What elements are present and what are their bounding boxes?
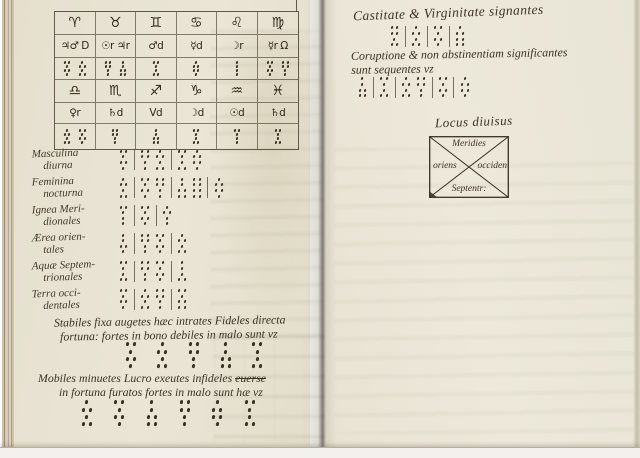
astrological-symbol: ♃♂ D	[61, 40, 89, 52]
table-cell-figures	[55, 58, 96, 80]
astrological-symbol: ♍	[271, 15, 284, 31]
astrological-symbol: ♐	[149, 83, 162, 99]
book-page-edges	[0, 0, 14, 448]
figure-divider-stroke	[171, 289, 172, 310]
locus-divisus-heading: Locus diuisus	[435, 113, 513, 132]
geomantic-figure	[178, 150, 186, 170]
direction-label-occidens: occiden	[477, 161, 507, 171]
geomantic-figure	[163, 206, 171, 226]
table-cell-figures	[258, 58, 299, 80]
geomantic-figure	[120, 233, 128, 253]
category-label-line: trionales	[32, 270, 112, 284]
astrological-symbol: ♈	[68, 15, 81, 31]
category-figures	[116, 149, 204, 170]
astrological-symbol: ♒	[230, 83, 243, 99]
geomantic-figure	[439, 77, 447, 97]
astrological-symbol: ♌	[230, 15, 243, 31]
geomantic-figure	[105, 61, 111, 76]
category-row: Terra occi-dentales	[32, 285, 324, 313]
table-cell-figures	[136, 58, 177, 80]
geomantic-figure	[64, 61, 70, 76]
geomantic-figure	[156, 150, 164, 170]
geomantic-figure	[193, 129, 199, 144]
paragraph-line: in fortuna furatos fortes in malo sunt h…	[38, 385, 266, 399]
table-cell-symbol: ♓	[258, 80, 299, 103]
geomantic-figure	[456, 26, 464, 46]
geomantic-figure	[215, 178, 223, 198]
figure-category-list: MasculinadiurnaFemininanocturnaIgnea Mer…	[32, 146, 324, 313]
figure-divider-stroke	[432, 77, 433, 98]
category-label-line: dentales	[32, 298, 112, 312]
category-label: Masculinadiurna	[32, 147, 113, 173]
table-cell-figures	[177, 58, 218, 80]
table-cell-symbol: ☽r	[217, 35, 258, 58]
astrological-symbol: ♎	[68, 83, 81, 99]
table-cell-symbol: ☉r ♃r	[96, 35, 137, 58]
table-cell-symbol: ♊	[136, 12, 177, 35]
astrological-symbol: ♄d	[108, 107, 123, 119]
mobiles-figures-row	[78, 400, 258, 427]
figure-divider-stroke	[449, 26, 450, 47]
struck-word: euerse	[235, 371, 266, 385]
geomantic-figure	[193, 178, 201, 198]
category-label: Femininanocturna	[32, 175, 113, 201]
heading-line: sunt sequentes vz	[351, 60, 568, 77]
geomantic-figure	[153, 129, 159, 144]
direction-label-meridies: Meridies	[429, 139, 509, 149]
geomantic-figure	[391, 26, 399, 46]
geomantic-figure	[434, 26, 442, 46]
geomantic-figure	[120, 150, 128, 170]
geomantic-figure	[193, 61, 199, 76]
astrological-symbol: Vd	[149, 107, 162, 119]
astrological-symbol: ♏	[109, 83, 122, 99]
castitate-heading: Castitate & Virginitate signantes	[353, 2, 544, 25]
direction-label-septentrio: Septentr:	[429, 184, 509, 194]
geomantic-figure	[212, 400, 222, 427]
geomantic-figure	[252, 342, 262, 369]
geomantic-figure	[178, 261, 186, 281]
table-cell-symbol: ♈	[55, 12, 96, 35]
category-figures	[116, 261, 190, 282]
locus-divisus-diagram: Meridies oriens occiden Septentr:	[429, 136, 509, 198]
paragraph-line: Mobiles minuetes Lucro exeutes infideles…	[38, 371, 266, 385]
category-label-line: diurna	[32, 159, 112, 173]
geomantic-figure	[141, 261, 149, 281]
geomantic-figure	[141, 289, 149, 309]
geomantic-figure	[120, 178, 128, 198]
figure-divider-stroke	[156, 205, 157, 226]
category-label-line: Ærea orien-	[32, 231, 86, 245]
table-cell-symbol: ♌	[217, 12, 258, 35]
geomantic-figure	[153, 61, 159, 76]
category-label-line: nocturna	[32, 186, 112, 200]
geomantic-figure	[141, 178, 149, 198]
table-cell-symbol: ♐	[136, 80, 177, 103]
figure-divider-stroke	[134, 289, 135, 310]
geomantic-figure	[189, 342, 199, 369]
figure-divider-stroke	[134, 261, 135, 282]
geomantic-figure	[193, 150, 201, 170]
astrological-symbol: ☽d	[189, 107, 204, 119]
geomantic-figure	[156, 261, 164, 281]
geomantic-figure	[126, 342, 136, 369]
figure-divider-stroke	[427, 26, 428, 47]
geomantic-figure	[120, 206, 128, 226]
category-label-line: tales	[32, 242, 112, 256]
geomantic-figure	[402, 77, 410, 97]
geomantic-figure	[236, 61, 238, 76]
astrological-symbol: ☉r ♃r	[101, 40, 129, 52]
geomantic-figure	[141, 206, 149, 226]
category-label-line: dionales	[32, 214, 112, 228]
table-cell-symbol: ☽d	[177, 103, 218, 124]
table-cell-symbol: ♒	[217, 80, 258, 103]
astrological-symbol: ♋	[190, 15, 203, 31]
table-cell-symbol: ☉d	[217, 103, 258, 124]
geomantic-figure	[180, 400, 190, 427]
geomantic-figure	[141, 233, 149, 253]
astrological-symbol: ☽r	[230, 40, 243, 52]
stabiles-figures-row	[122, 342, 265, 369]
geomantic-figure	[156, 178, 164, 198]
astrological-symbol: ♊	[149, 15, 162, 31]
category-label: Ærea orien-tales	[32, 231, 113, 257]
geomantic-figure	[114, 400, 124, 427]
geomantic-figure	[157, 342, 167, 369]
figure-divider-stroke	[453, 77, 454, 98]
figure-divider-stroke	[171, 261, 172, 282]
right-page: Castitate & Virginitate signantes Corupt…	[325, 0, 640, 448]
astrological-symbol: ♀r	[69, 107, 80, 119]
figure-divider-stroke	[134, 205, 135, 226]
category-row: Ærea orien-tales	[32, 230, 324, 258]
direction-label-oriens: oriens	[433, 161, 457, 171]
geomantic-figure	[417, 77, 425, 97]
paragraph-text: Mobiles minuetes Lucro exeutes infideles	[38, 371, 235, 385]
table-cell-symbol: ♃♂ D	[55, 35, 96, 58]
category-label: Terra occi-dentales	[32, 287, 113, 313]
table-cell-symbol: ♎	[55, 80, 96, 103]
geomantic-figure	[141, 150, 149, 170]
geomantic-figure	[82, 400, 92, 427]
table-cell-figures	[217, 58, 258, 80]
geomantic-figure	[234, 129, 240, 144]
geomantic-figure	[120, 61, 126, 76]
figure-divider-stroke	[171, 177, 172, 198]
table-cell-symbol: ♄d	[258, 103, 299, 124]
table-cell-symbol: ♏	[96, 80, 137, 103]
figure-divider-stroke	[405, 26, 406, 47]
astrological-symbol: ☉d	[229, 107, 244, 119]
geomantic-figure	[156, 289, 164, 309]
geomantic-figure	[178, 233, 186, 253]
table-cell-symbol: ♀r	[55, 103, 96, 124]
geomantic-figure	[282, 61, 288, 76]
astrological-symbol: ♓	[271, 83, 284, 99]
astrological-symbol: ☿r Ω	[268, 40, 288, 52]
geomantic-figure	[380, 77, 388, 97]
category-figures	[116, 233, 190, 254]
category-row: Masculinadiurna	[32, 146, 324, 174]
geomantic-figure	[79, 129, 85, 144]
geomantic-figure	[275, 129, 281, 144]
geomantic-figure	[267, 61, 273, 76]
geomantic-figure	[64, 129, 70, 144]
geomantic-figure	[178, 289, 186, 309]
geomantic-figure	[245, 400, 255, 427]
category-figures	[116, 177, 226, 198]
left-page: ♈♉♊♋♌♍♃♂ D☉r ♃r♂d☿d☽r☿r Ω♎♏♐♑♒♓♀r♄dVd☽d☉…	[14, 0, 310, 448]
astrological-symbol: ♂d	[148, 40, 163, 52]
geomantic-figure	[178, 178, 186, 198]
manuscript-book-scan: ♈♉♊♋♌♍♃♂ D☉r ♃r♂d☿d☽r☿r Ω♎♏♐♑♒♓♀r♄dVd☽d☉…	[0, 0, 640, 458]
mobiles-paragraph: Mobiles minuetes Lucro exeutes infideles…	[38, 371, 266, 399]
category-label: Aquæ Septem-trionales	[32, 259, 113, 285]
table-cell-symbol: ♑	[177, 80, 218, 103]
astrological-symbol: ♑	[190, 83, 203, 99]
scan-bottom-edge	[0, 448, 640, 458]
zodiac-geomancy-table: ♈♉♊♋♌♍♃♂ D☉r ♃r♂d☿d☽r☿r Ω♎♏♐♑♒♓♀r♄dVd☽d☉…	[54, 11, 299, 150]
table-cell-symbol: ♂d	[136, 35, 177, 58]
stabiles-paragraph: Stabiles fixa augetes hæc intrates Fidel…	[54, 312, 286, 343]
right-page-fore-edge	[633, 0, 640, 448]
table-cell-figures	[96, 58, 137, 80]
astrological-symbol: ♄d	[270, 107, 285, 119]
geomantic-figure	[461, 77, 469, 97]
figure-divider-stroke	[171, 149, 172, 170]
table-cell-symbol: ☿d	[177, 35, 218, 58]
figure-divider-stroke	[395, 77, 396, 98]
category-row: Aquæ Septem-trionales	[32, 258, 324, 286]
figure-divider-stroke	[134, 149, 135, 170]
geomantic-figure	[112, 129, 118, 144]
category-row: Ignea Meri-dionales	[32, 202, 324, 230]
corruptione-figures-row	[355, 77, 472, 98]
geomantic-figure	[147, 400, 157, 427]
table-cell-symbol: ☿r Ω	[258, 35, 299, 58]
table-cell-symbol: ♄d	[96, 103, 137, 124]
category-label: Ignea Meri-dionales	[32, 203, 113, 229]
table-cell-symbol: ♍	[258, 12, 299, 35]
category-figures	[116, 205, 175, 226]
geomantic-figure	[120, 261, 128, 281]
category-row: Femininanocturna	[32, 174, 324, 202]
geomantic-figure	[412, 26, 420, 46]
figure-divider-stroke	[373, 77, 374, 98]
astrological-symbol: ♉	[109, 15, 122, 31]
geomantic-figure	[79, 61, 85, 76]
corruptione-heading: Coruptione & non abstinentiam significan…	[351, 46, 568, 77]
figure-divider-stroke	[134, 177, 135, 198]
figure-divider-stroke	[207, 177, 208, 198]
table-cell-symbol: Vd	[136, 103, 177, 124]
table-cell-symbol: ♉	[96, 12, 137, 35]
category-figures	[116, 289, 190, 310]
figure-divider-stroke	[171, 233, 172, 254]
figure-divider-stroke	[134, 233, 135, 254]
geomantic-figure	[120, 289, 128, 309]
table-cell-symbol: ♋	[177, 12, 218, 35]
geomantic-figure	[221, 342, 231, 369]
castitate-figures-row	[387, 26, 468, 47]
geomantic-figure	[156, 233, 164, 253]
astrological-symbol: ☿d	[190, 40, 202, 52]
geomantic-figure	[359, 77, 367, 97]
